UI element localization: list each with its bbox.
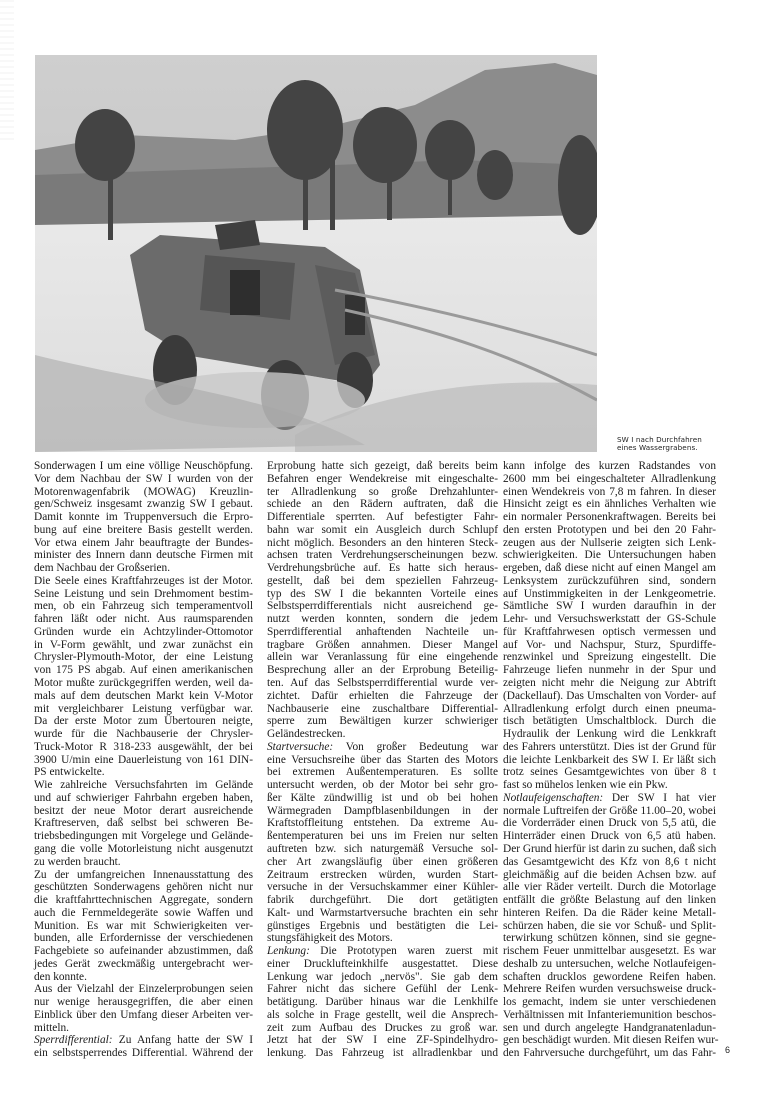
text-line: von 175 PS abgab. Auf einen amerikanisch…	[34, 664, 253, 677]
line-text: sen und durch angelegte Handgranatenladu…	[503, 1022, 716, 1034]
text-line: Befahren enger Wendekreise mit eingescha…	[267, 473, 498, 486]
text-line: jedes Gerät zweckmäßig untergebracht wer…	[34, 958, 253, 971]
line-text: mitteln.	[34, 1022, 69, 1034]
text-line: des Fahrers unterstützt. Dies ist der Gr…	[503, 741, 716, 754]
line-text: Chrysler-Plymouth-Motor, der eine Leistu…	[34, 651, 253, 663]
line-text: Sperrdifferential anhaftenden Nachteile …	[267, 626, 498, 638]
section-heading: Lenkung:	[267, 945, 310, 957]
text-line: entfällt die größte Belastung auf den li…	[503, 894, 716, 907]
text-line: Fahrer nicht das sichere Gefühl der Lenk…	[267, 983, 498, 996]
text-line: Damit konnte im Truppenversuch die Erpro…	[34, 511, 253, 524]
text-line: einer Drucklufteinkhilfe ausgestattet. D…	[267, 958, 498, 971]
text-line: nutzt werden konnten, sondern die jedem	[267, 613, 498, 626]
line-text: normale Luftreifen der Größe 11.00–20, w…	[503, 805, 716, 817]
line-text: sperre zum Bewältigen kurzer schwieriger	[267, 715, 498, 727]
section-heading-line: Sperrdifferential: Zu Anfang hatte der S…	[34, 1034, 253, 1047]
text-line: Sperrdifferential anhaftenden Nachteile …	[267, 626, 498, 639]
text-line: auch die Fernmeldegeräte sowie Waffen un…	[34, 907, 253, 920]
line-text: Lenkung war jedoch „nervös". Sie gab dem	[267, 971, 498, 983]
line-text: Lenksystem zurückzuführen sind, sondern	[503, 575, 716, 587]
line-text: minister des Innern dann deutsche Firmen…	[34, 549, 253, 561]
text-line: zeit zum Aufbau des Druckes zu groß war.	[267, 1022, 498, 1035]
text-line: normale Luftreifen der Größe 11.00–20, w…	[503, 805, 716, 818]
line-text: Kalt- und Warmstartversuche brachten ein…	[267, 907, 498, 919]
text-line: das Gesamtgewicht des Kfz von 8,6 t nich…	[503, 856, 716, 869]
text-line: und auf schwieriger Fahrbahn ergeben hab…	[34, 792, 253, 805]
text-line: gang die volle Motorleistung nicht ausge…	[34, 843, 253, 856]
line-text: die kraftfahrttechnischen Aggregate, son…	[34, 894, 253, 906]
line-text: Fachgebiete so aufeinander abzustimmen, …	[34, 945, 253, 957]
text-line: hinteren Reifen. Da die Räder keine Meta…	[503, 907, 716, 920]
line-text: nur wenige herausgegriffen, die aber ein…	[34, 996, 253, 1008]
text-line: den konnte.	[34, 971, 253, 984]
text-line: Vor dem Nachbau der SW I wurden von der	[34, 473, 253, 486]
line-text: Die Seele eines Kraftfahrzeuges ist der …	[34, 575, 253, 587]
text-line: mit vergleichbarer Leistung verfügbar wa…	[34, 703, 253, 716]
line-text: zu werden braucht.	[34, 856, 121, 868]
line-text: typ des SW I die bekannten Vorteile eine…	[267, 588, 498, 600]
text-line: auf Unstimmigkeiten in der Lenkgeometrie…	[503, 588, 716, 601]
text-line: Die Seele eines Kraftfahrzeuges ist der …	[34, 575, 253, 588]
line-text: entfällt die größte Belastung auf den li…	[503, 894, 716, 906]
text-line: 2600 mm bei eingeschalteter Allradlenkun…	[503, 473, 716, 486]
text-line: fast so mühelos lenken wie ein Pkw.	[503, 779, 716, 792]
line-text: günstiges Ergebnis und bestätigten die L…	[267, 920, 498, 932]
line-text: auch die Fernmeldegeräte sowie Waffen un…	[34, 907, 253, 919]
line-text: Motor mußte zurückgegriffen werden, weil…	[34, 677, 253, 689]
text-line: Selbstsperrdifferentials nicht ausreiche…	[267, 600, 498, 613]
line-text: bahn war somit ein Ausgleich durch Schlu…	[267, 524, 498, 536]
text-line: einen Wendekreis von 7,8 m fahren. In di…	[503, 486, 716, 499]
line-text: Kraftstoffleitung entstehen. Da extreme …	[267, 817, 498, 829]
text-line: Motorenwagenfabrik (MOWAG) Kreuzlin-	[34, 486, 253, 499]
line-text: betätigung. Darüber hinaus war die Lenkh…	[267, 996, 498, 1008]
text-line: los gemacht, indem sie unter verschieden…	[503, 996, 716, 1009]
line-text: auftreten bzw. sich naturgemäß Versuche …	[267, 843, 498, 855]
line-text: Nachbauserie eine zuschaltbare Different…	[267, 703, 498, 715]
line-text: mit vergleichbarer Leistung verfügbar wa…	[34, 703, 253, 715]
line-text: eine Versuchsreihe über das Starten des …	[267, 754, 498, 766]
text-line: ten. Auf das Selbstsperrdifferential wur…	[267, 677, 498, 690]
text-line: gen beschädigt wurden. Mit diesen Reifen…	[503, 1034, 716, 1047]
text-line: Verhältnissen mit Infanteriemunition bes…	[503, 1009, 716, 1022]
line-text: Wie zahlreiche Versuchsfahrten im Geländ…	[34, 779, 253, 791]
line-text: triebsbedingungen mit Vorgelege und Gelä…	[34, 830, 253, 842]
line-text: achsen traten Verdrehungserscheinungen b…	[267, 549, 498, 561]
line-text: Selbstsperrdifferentials nicht ausreiche…	[267, 600, 498, 612]
text-line: auftreten bzw. sich naturgemäß Versuche …	[267, 843, 498, 856]
line-text: 3900 U/min eine Dauerleistung von 161 DI…	[34, 754, 253, 766]
line-text: einer Drucklufteinkhilfe ausgestattet. D…	[267, 958, 498, 970]
line-text: Verdrehungsbrüche auf. Es hatte sich her…	[267, 562, 498, 574]
line-text: Einblick über den Umfang dieser Arbeiten…	[34, 1009, 253, 1021]
text-line: besitzt der neue Motor derart ausreichen…	[34, 805, 253, 818]
line-text: ein normaler Personenkraftwagen. Bereits…	[503, 511, 716, 523]
text-line: Erprobung hatte sich gezeigt, daß bereit…	[267, 460, 498, 473]
text-line: bei extremen Außentemperaturen. Es sollt…	[267, 766, 498, 779]
line-text: ßer Kälte zündwillig ist und ob bei hohe…	[267, 792, 498, 804]
text-line: ßentemperaturen bei uns im Freien nur se…	[267, 830, 498, 843]
text-line: ter Allradlenkung so große Drehzahlunter…	[267, 486, 498, 499]
text-line: zichtet. Dafür erhielten die Fahrzeuge d…	[267, 690, 498, 703]
text-line: nicht möglich. Besonders an den hinteren…	[267, 537, 498, 550]
line-text: den Fahrversuche durchgeführt, um das Fa…	[503, 1047, 716, 1059]
text-line: cher Art zwangsläufig über einen größere…	[267, 856, 498, 869]
text-line: günstiges Ergebnis und bestätigten die L…	[267, 920, 498, 933]
text-line: dem Nachbau der Großserien.	[34, 562, 253, 575]
text-line: versuche in der Versuchskammer einer Küh…	[267, 881, 498, 894]
line-text: Sonderwagen I um eine völlige Neuschöpfu…	[34, 460, 253, 472]
line-text: bunden, alle Erfordernisse der verschied…	[34, 932, 253, 944]
text-column-2: Erprobung hatte sich gezeigt, daß bereit…	[267, 460, 498, 1060]
text-line: kann infolge des kurzen Radstandes von	[503, 460, 716, 473]
line-text: gleichmäßig auf die beiden Achsen bzw. a…	[503, 869, 716, 881]
line-text: Differentiale sperrten. Auf befestigter …	[267, 511, 498, 523]
line-text: Der SW I hat vier	[603, 792, 716, 804]
line-text: einen Wendekreis von 7,8 m fahren. In di…	[503, 486, 716, 498]
text-line: Zu der umfangreichen Innenausstattung de…	[34, 869, 253, 882]
vehicle-photo	[35, 55, 597, 452]
text-line: auf Vor- und Nachspur, Sturz, Spurdiffe-	[503, 639, 716, 652]
line-text: zeugen aus der Nullserie zeigten sich Le…	[503, 537, 716, 549]
section-heading-line: Notlaufeigenschaften: Der SW I hat vier	[503, 792, 716, 805]
line-text: men, ob ein Fahrzeug sich temperamentvol…	[34, 600, 253, 612]
text-line: zeugen aus der Nullserie zeigten sich Le…	[503, 537, 716, 550]
line-text: versuche in der Versuchskammer einer Küh…	[267, 881, 498, 893]
text-line: geschützten Sonderwagens gehören nicht n…	[34, 881, 253, 894]
text-line: bung auf eine breitere Basis gestellt we…	[34, 524, 253, 537]
line-text: von 175 PS abgab. Auf einen amerikanisch…	[34, 664, 253, 676]
text-line: 3900 U/min eine Dauerleistung von 161 DI…	[34, 754, 253, 767]
text-line: Wärmegraden Dampfblasenbildungen in der	[267, 805, 498, 818]
text-line: Differentiale sperrten. Auf befestigter …	[267, 511, 498, 524]
text-line: Besprechung aller an der Erprobung Betei…	[267, 664, 498, 677]
line-text: Zeitraum erstrecken würden, wurden Start…	[267, 869, 498, 881]
line-text: nicht möglich. Besonders an den hinteren…	[267, 537, 498, 549]
line-text: gang die volle Motorleistung nicht ausge…	[34, 843, 253, 855]
line-text: mals auf dem deutschen Markt kein V-Moto…	[34, 690, 253, 702]
line-text: stungsfähigkeit des Motors.	[267, 932, 393, 944]
photo-caption: SW I nach Durchfahren eines Wassergraben…	[617, 436, 767, 452]
line-text: besitzt der neue Motor derart ausreichen…	[34, 805, 253, 817]
line-text: deshalb zu untersuchen, welche Notlaufei…	[503, 958, 716, 970]
line-text: ßentemperaturen bei uns im Freien nur se…	[267, 830, 498, 842]
line-text: die Vorderräder einen Druck von 5,5 atü,…	[503, 817, 716, 829]
line-text: Aus der Vielzahl der Einzelerprobungen s…	[34, 983, 253, 995]
text-line: den Fahrversuche durchgeführt, um das Fa…	[503, 1047, 716, 1060]
text-line: Munition. Es war mit Schwierigkeiten ver…	[34, 920, 253, 933]
text-line: Truck-Motor R 318-233 ausgewählt, der be…	[34, 741, 253, 754]
line-text: fahren läßt oder nicht. Aus raumsparende…	[34, 613, 253, 625]
text-line: sperre zum Bewältigen kurzer schwieriger	[267, 715, 498, 728]
text-line: mitteln.	[34, 1022, 253, 1035]
line-text: bei extremen Außentemperaturen. Es sollt…	[267, 766, 498, 778]
line-text: jedes Gerät zweckmäßig untergebracht wer…	[34, 958, 253, 970]
text-line: Aus der Vielzahl der Einzelerprobungen s…	[34, 983, 253, 996]
line-text: (Dackellauf). Das Umschalten von Vorder-…	[503, 690, 716, 702]
line-text: Die Prototypen waren zuerst mit	[310, 945, 498, 957]
text-line: zeigten nicht mehr die Neigung zur Abtri…	[503, 677, 716, 690]
text-line: Jetzt hat der SW I eine ZF-Spindelhydro-	[267, 1034, 498, 1047]
section-heading-line: Lenkung: Die Prototypen waren zuerst mit	[267, 945, 498, 958]
text-line: stungsfähigkeit des Motors.	[267, 932, 498, 945]
line-text: Vor etwa einem Jahr beauftragte der Bund…	[34, 537, 253, 549]
line-text: Hydraulik der Lenkung wird die Lenkkraft	[503, 728, 716, 740]
line-text: zichtet. Dafür erhielten die Fahrzeuge d…	[267, 690, 498, 702]
text-line: achsen traten Verdrehungserscheinungen b…	[267, 549, 498, 562]
line-text: die leichte Lenkbarkeit des SW I. Er läß…	[503, 754, 716, 766]
text-line: schürzen haben, die sie vor Schuß- und S…	[503, 920, 716, 933]
line-text: und auf schwieriger Fahrbahn ergeben hab…	[34, 792, 253, 804]
text-line: ergeben, daß diese nicht auf einen Mange…	[503, 562, 716, 575]
text-line: Hydraulik der Lenkung wird die Lenkkraft	[503, 728, 716, 741]
line-text: Jetzt hat der SW I eine ZF-Spindelhydro-	[267, 1034, 498, 1046]
text-column-1: Sonderwagen I um eine völlige Neuschöpfu…	[34, 460, 253, 1060]
text-line: gleichmäßig auf die beiden Achsen bzw. a…	[503, 869, 716, 882]
line-text: fast so mühelos lenken wie ein Pkw.	[503, 779, 668, 791]
text-line: die leichte Lenkbarkeit des SW I. Er läß…	[503, 754, 716, 767]
line-text: lenkung. Das Fahrzeug ist allradlenkbar …	[267, 1047, 498, 1059]
line-text: gen beschädigt wurden. Mit diesen Reifen…	[503, 1034, 719, 1046]
text-line: ein normaler Personenkraftwagen. Bereits…	[503, 511, 716, 524]
line-text: 2600 mm bei eingeschalteter Allradlenkun…	[503, 473, 716, 485]
line-text: schwierigkeiten. Die Untersuchungen habe…	[503, 549, 716, 561]
line-text: Truck-Motor R 318-233 ausgewählt, der be…	[34, 741, 253, 753]
text-line: men, ob ein Fahrzeug sich temperamentvol…	[34, 600, 253, 613]
line-text: Von großer Bedeutung war	[333, 741, 498, 753]
line-text: Vor dem Nachbau der SW I wurden von der	[34, 473, 253, 485]
text-line: Einblick über den Umfang dieser Arbeiten…	[34, 1009, 253, 1022]
line-text: ter Allradlenkung so große Drehzahlunter…	[267, 486, 498, 498]
text-line: Fahrzeuge liefen nunmehr in der Spur und	[503, 664, 716, 677]
armored-vehicle-photo-image	[35, 55, 597, 452]
line-text: nutzt werden konnten, sondern die jedem	[267, 613, 498, 625]
line-text: Gründen wurde ein Achtzylinder-Ottomotor	[34, 626, 253, 638]
line-text: geschützten Sonderwagens gehören nicht n…	[34, 881, 253, 893]
line-text: Kraftreserven, daß selbst bei schweren B…	[34, 817, 253, 829]
line-text: terwirkung schützen können, sind sie geg…	[503, 932, 716, 944]
text-line: fahren läßt oder nicht. Aus raumsparende…	[34, 613, 253, 626]
text-line: Geländestrecken.	[267, 728, 498, 741]
line-text: den ersten Prototypen und bei den 20 Fah…	[503, 524, 716, 536]
text-line: eine Versuchsreihe über das Starten des …	[267, 754, 498, 767]
line-text: schaften drucklos gewordene Reifen haben…	[503, 971, 716, 983]
line-text: Hinterräder einen Druck von 6,5 atü habe…	[503, 830, 716, 842]
text-line: minister des Innern dann deutsche Firmen…	[34, 549, 253, 562]
text-line: renzwinkel und Spreizung eingestellt. Di…	[503, 651, 716, 664]
text-line: typ des SW I die bekannten Vorteile eine…	[267, 588, 498, 601]
line-text: dem Nachbau der Großserien.	[34, 562, 170, 574]
page-number: 6	[725, 1045, 730, 1055]
line-text: ten. Auf das Selbstsperrdifferential wur…	[267, 677, 498, 689]
text-line: Lenksystem zurückzuführen sind, sondern	[503, 575, 716, 588]
text-line: Chrysler-Plymouth-Motor, der eine Leistu…	[34, 651, 253, 664]
section-heading-line: Startversuche: Von großer Bedeutung war	[267, 741, 498, 754]
line-text: Der Grund hierfür ist darin zu suchen, d…	[503, 843, 716, 855]
line-text: Zu der umfangreichen Innenausstattung de…	[34, 869, 253, 881]
text-line: terwirkung schützen können, sind sie geg…	[503, 932, 716, 945]
line-text: untersucht werden, ob der Motor bei sehr…	[267, 779, 498, 791]
line-text: Verhältnissen mit Infanteriemunition bes…	[503, 1009, 716, 1021]
text-line: lenkung. Das Fahrzeug ist allradlenkbar …	[267, 1047, 498, 1060]
line-text: bung auf eine breitere Basis gestellt we…	[34, 524, 253, 536]
text-line: trotz seines Gesamtgewichtes von über 8 …	[503, 766, 716, 779]
text-line: untersucht werden, ob der Motor bei sehr…	[267, 779, 498, 792]
text-line: PS entwickelte.	[34, 766, 253, 779]
line-text: Lehr- und Versuchswerkstatt der GS-Schul…	[503, 613, 716, 625]
line-text: Besprechung aller an der Erprobung Betei…	[267, 664, 498, 676]
text-line: Motor mußte zurückgegriffen werden, weil…	[34, 677, 253, 690]
line-text: los gemacht, indem sie unter verschieden…	[503, 996, 716, 1008]
line-text: kann infolge des kurzen Radstandes von	[503, 460, 716, 472]
text-line: wurde für die Nachbauserie der Chrysler-	[34, 728, 253, 741]
text-line: Wie zahlreiche Versuchsfahrten im Geländ…	[34, 779, 253, 792]
text-line: Der Grund hierfür ist darin zu suchen, d…	[503, 843, 716, 856]
line-text: wurde für die Nachbauserie der Chrysler-	[34, 728, 253, 740]
text-line: Hinterräder einen Druck von 6,5 atü habe…	[503, 830, 716, 843]
line-text: Erprobung hatte sich gezeigt, daß bereit…	[267, 460, 498, 472]
line-text: alle vier Räder verteilt. Durch die Moto…	[503, 881, 716, 893]
line-text: Zu Anfang hatte der SW I	[113, 1034, 253, 1046]
line-text: Befahren enger Wendekreise mit eingescha…	[267, 473, 498, 485]
text-line: fabrik durchgeführt. Die dort getätigten	[267, 894, 498, 907]
text-line: nur wenige herausgegriffen, die aber ein…	[34, 996, 253, 1009]
text-line: Lehr- und Versuchswerkstatt der GS-Schul…	[503, 613, 716, 626]
text-line: den ersten Prototypen und bei den 20 Fah…	[503, 524, 716, 537]
text-line: Zeitraum erstrecken würden, wurden Start…	[267, 869, 498, 882]
text-line: Kalt- und Warmstartversuche brachten ein…	[267, 907, 498, 920]
line-text: Da der erste Motor zum Übertouren neigte…	[34, 715, 253, 727]
text-line: gen/Schweiz insgesamt zwanzig SW I gebau…	[34, 498, 253, 511]
line-text: Seine Leistung und sein Drehmoment besti…	[34, 588, 253, 600]
line-text: zeit zum Aufbau des Druckes zu groß war.	[267, 1022, 498, 1034]
line-text: Motorenwagenfabrik (MOWAG) Kreuzlin-	[34, 486, 253, 498]
section-heading: Sperrdifferential:	[34, 1034, 113, 1046]
text-line: gestellt, daß bei dem speziellen Fahrzeu…	[267, 575, 498, 588]
text-line: Kraftreserven, daß selbst bei schweren B…	[34, 817, 253, 830]
text-line: bunden, alle Erfordernisse der verschied…	[34, 932, 253, 945]
text-line: ein selbstsperrendes Differential. Währe…	[34, 1047, 253, 1060]
text-line: zu werden braucht.	[34, 856, 253, 869]
text-line: Gründen wurde ein Achtzylinder-Ottomotor	[34, 626, 253, 639]
line-text: Hinsicht zeigt es ein ähnliches Verhalte…	[503, 498, 716, 510]
line-text: rischem Feuer unmittelbar ausgesetzt. Es…	[503, 945, 716, 957]
text-line: tisch betätigten Umschaltblock. Durch di…	[503, 715, 716, 728]
text-line: schiede an den Rädern auftraten, daß die	[267, 498, 498, 511]
line-text: Mehrere Reifen wurden versuchsweise druc…	[503, 983, 716, 995]
text-line: Da der erste Motor zum Übertouren neigte…	[34, 715, 253, 728]
scan-artifact	[0, 0, 14, 140]
text-line: die kraftfahrttechnischen Aggregate, son…	[34, 894, 253, 907]
line-text: für Kraftfahrwesen optisch vermessen und	[503, 626, 716, 638]
text-line: mals auf dem deutschen Markt kein V-Moto…	[34, 690, 253, 703]
text-line: sen und durch angelegte Handgranatenladu…	[503, 1022, 716, 1035]
line-text: tragbare Größen annahmen. Dieser Mangel	[267, 639, 498, 651]
section-heading: Notlaufeigenschaften:	[503, 792, 603, 804]
line-text: zeigten nicht mehr die Neigung zur Abtri…	[503, 677, 716, 689]
line-text: PS entwickelte.	[34, 766, 105, 778]
text-line: die Vorderräder einen Druck von 5,5 atü,…	[503, 817, 716, 830]
text-line: alle vier Räder verteilt. Durch die Moto…	[503, 881, 716, 894]
line-text: Fahrer nicht das sichere Gefühl der Lenk…	[267, 983, 498, 995]
text-line: (Dackellauf). Das Umschalten von Vorder-…	[503, 690, 716, 703]
text-line: schaften drucklos gewordene Reifen haben…	[503, 971, 716, 984]
line-text: Fahrzeuge liefen nunmehr in der Spur und	[503, 664, 716, 676]
line-text: schiede an den Rädern auftraten, daß die	[267, 498, 498, 510]
text-line: Nachbauserie eine zuschaltbare Different…	[267, 703, 498, 716]
line-text: in V-Form gewählt, und zwar zunächst ein	[34, 639, 253, 651]
line-text: trotz seines Gesamtgewichtes von über 8 …	[503, 766, 716, 778]
caption-line: eines Wassergrabens.	[617, 444, 767, 452]
text-line: Verdrehungsbrüche auf. Es hatte sich her…	[267, 562, 498, 575]
text-line: Fachgebiete so aufeinander abzustimmen, …	[34, 945, 253, 958]
line-text: Wärmegraden Dampfblasenbildungen in der	[267, 805, 498, 817]
line-text: ergeben, daß diese nicht auf einen Mange…	[503, 562, 716, 574]
line-text: gestellt, daß bei dem speziellen Fahrzeu…	[267, 575, 498, 587]
line-text: als solche in Frage gestellt, weil die A…	[267, 1009, 498, 1021]
text-line: Sonderwagen I um eine völlige Neuschöpfu…	[34, 460, 253, 473]
text-line: Hinsicht zeigt es ein ähnliches Verhalte…	[503, 498, 716, 511]
line-text: Damit konnte im Truppenversuch die Erpro…	[34, 511, 253, 523]
line-text: renzwinkel und Spreizung eingestellt. Di…	[503, 651, 716, 663]
text-line: allein war Veranlassung für eine eingehe…	[267, 651, 498, 664]
line-text: Munition. Es war mit Schwierigkeiten ver…	[34, 920, 253, 932]
line-text: das Gesamtgewicht des Kfz von 8,6 t nich…	[503, 856, 716, 868]
line-text: auf Vor- und Nachspur, Sturz, Spurdiffe-	[503, 639, 716, 651]
text-line: rischem Feuer unmittelbar ausgesetzt. Es…	[503, 945, 716, 958]
text-line: Vor etwa einem Jahr beauftragte der Bund…	[34, 537, 253, 550]
text-line: für Kraftfahrwesen optisch vermessen und	[503, 626, 716, 639]
line-text: den konnte.	[34, 971, 87, 983]
text-line: in V-Form gewählt, und zwar zunächst ein	[34, 639, 253, 652]
text-line: ßer Kälte zündwillig ist und ob bei hohe…	[267, 792, 498, 805]
line-text: ein selbstsperrendes Differential. Währe…	[34, 1047, 253, 1059]
text-line: Seine Leistung und sein Drehmoment besti…	[34, 588, 253, 601]
line-text: Geländestrecken.	[267, 728, 345, 740]
line-text: auf Unstimmigkeiten in der Lenkgeometrie…	[503, 588, 716, 600]
section-heading: Startversuche:	[267, 741, 333, 753]
line-text: schürzen haben, die sie vor Schuß- und S…	[503, 920, 716, 932]
text-line: Mehrere Reifen wurden versuchsweise druc…	[503, 983, 716, 996]
text-line: tragbare Größen annahmen. Dieser Mangel	[267, 639, 498, 652]
text-line: betätigung. Darüber hinaus war die Lenkh…	[267, 996, 498, 1009]
text-line: bahn war somit ein Ausgleich durch Schlu…	[267, 524, 498, 537]
text-line: Allradlenkung erfolgt durch einen pneuma…	[503, 703, 716, 716]
text-line: schwierigkeiten. Die Untersuchungen habe…	[503, 549, 716, 562]
text-line: Sämtliche SW I wurden daraufhin in der	[503, 600, 716, 613]
line-text: Allradlenkung erfolgt durch einen pneuma…	[503, 703, 716, 715]
text-line: als solche in Frage gestellt, weil die A…	[267, 1009, 498, 1022]
text-line: Lenkung war jedoch „nervös". Sie gab dem	[267, 971, 498, 984]
text-line: deshalb zu untersuchen, welche Notlaufei…	[503, 958, 716, 971]
line-text: allein war Veranlassung für eine eingehe…	[267, 651, 498, 663]
text-column-3: kann infolge des kurzen Radstandes von26…	[503, 460, 716, 1060]
line-text: fabrik durchgeführt. Die dort getätigten	[267, 894, 498, 906]
line-text: des Fahrers unterstützt. Dies ist der Gr…	[503, 741, 716, 753]
line-text: tisch betätigten Umschaltblock. Durch di…	[503, 715, 716, 727]
line-text: gen/Schweiz insgesamt zwanzig SW I gebau…	[34, 498, 253, 510]
line-text: Sämtliche SW I wurden daraufhin in der	[503, 600, 716, 612]
text-line: triebsbedingungen mit Vorgelege und Gelä…	[34, 830, 253, 843]
line-text: hinteren Reifen. Da die Räder keine Meta…	[503, 907, 716, 919]
text-line: Kraftstoffleitung entstehen. Da extreme …	[267, 817, 498, 830]
line-text: cher Art zwangsläufig über einen größere…	[267, 856, 498, 868]
